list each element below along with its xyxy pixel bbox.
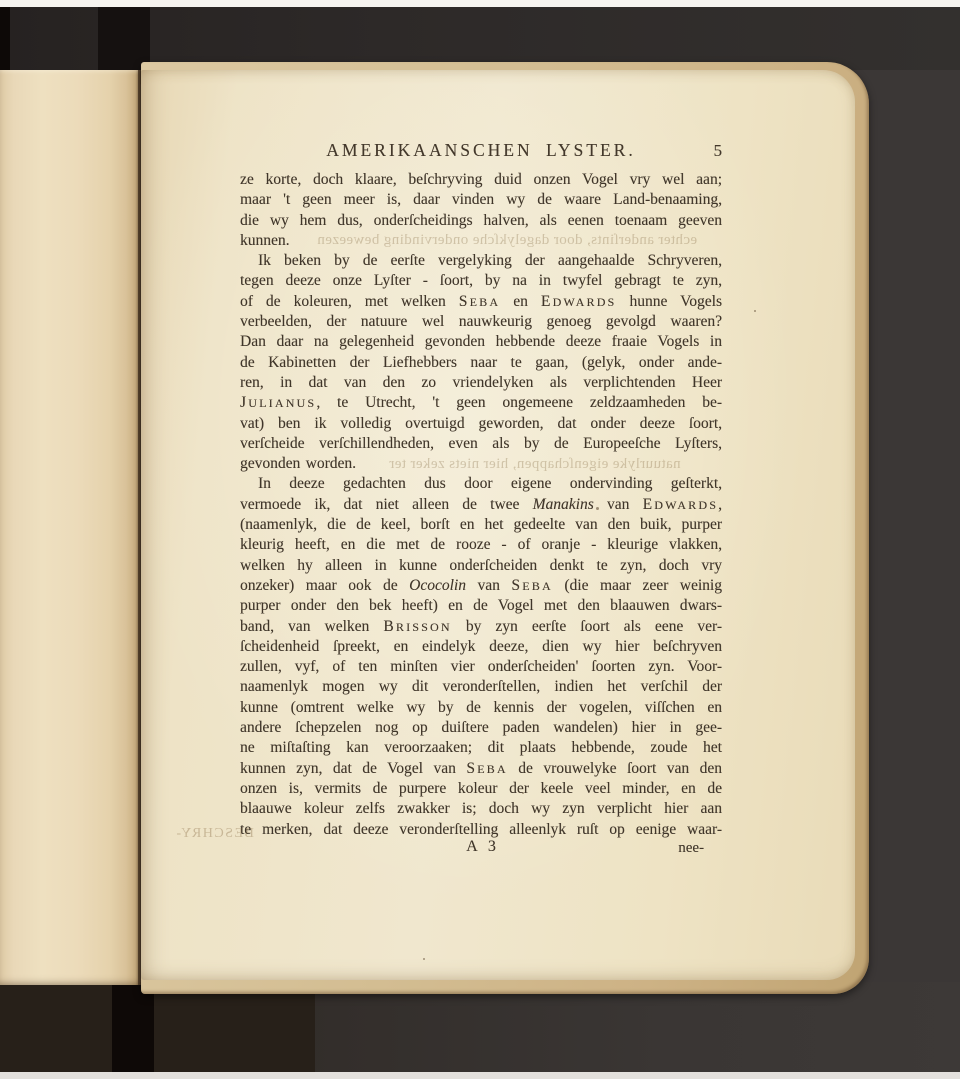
text-line: andere ſchepzelen nog op duiſtere paden … (240, 718, 722, 738)
small-caps-name: DWARDS (654, 498, 718, 512)
header-title: AMERIKAANSCHEN LYSTER. (326, 140, 635, 160)
text-line: vat) ben ik volledig overtuigd geworden,… (240, 414, 722, 434)
text-segment: In deeze gedachten dus door eigene onder… (258, 475, 722, 492)
text-line: ne miſtaſting kan veroorzaaken; dit plaa… (240, 738, 722, 758)
body-text: ze korte, doch klaare, beſchryving duid … (240, 170, 722, 840)
paragraph: ze korte, doch klaare, beſchryving duid … (240, 170, 722, 251)
scanner-light-strip-top (0, 0, 960, 7)
text-segment: welken hy alleen in kunne onderſcheiden … (240, 557, 722, 574)
page-footer: A 3 nee- (240, 838, 722, 860)
text-line: kunne (omtrent welke wy by de kennis der… (240, 698, 722, 718)
text-line: Ik beken by de eerſte vergelyking der aa… (240, 251, 722, 271)
text-line: purper onder den bek heeft) en de Vogel … (240, 596, 722, 616)
text-segment: andere ſchepzelen nog op duiſtere paden … (240, 719, 722, 736)
scanner-light-strip-bottom (0, 1072, 960, 1079)
text-line: die wy hem dus, onderſcheidings halven, … (240, 211, 722, 231)
ink-speck (754, 310, 756, 312)
small-caps-name: S (511, 577, 522, 594)
small-caps-name: RISSON (396, 620, 452, 634)
text-line: kunnen. (240, 231, 722, 251)
book-page: AMERIKAANSCHEN LYSTER. 5 ze korte, doch … (141, 70, 855, 980)
small-caps-name: E (541, 293, 553, 310)
text-segment: Ik beken by de eerſte vergelyking der aa… (258, 252, 722, 269)
small-caps-name: J (240, 394, 248, 411)
small-caps-name: S (459, 293, 470, 310)
text-segment: en (500, 293, 541, 310)
small-caps-name: EBA (470, 295, 501, 309)
text-line: zullen, vyf, of ten minſten vier onderſc… (240, 657, 722, 677)
text-segment: van (466, 577, 511, 594)
text-column: AMERIKAANSCHEN LYSTER. 5 ze korte, doch … (240, 70, 722, 860)
italic-term: Manakins (533, 496, 594, 513)
text-segment: ne miſtaſting kan veroorzaaken; dit plaa… (240, 739, 722, 756)
text-line: maar 't geen meer is, daar vinden wy de … (240, 190, 722, 210)
text-segment: naamenlyk mogen wy dit veronderſtellen, … (240, 678, 722, 695)
small-caps-name: EBA (477, 762, 508, 776)
text-line: Dan daar na gelegenheid gevonden hebbend… (240, 332, 722, 352)
italic-term: Ococolin (409, 577, 466, 594)
small-caps-name: B (383, 618, 396, 635)
signature-mark: A 3 (240, 838, 722, 856)
text-segment: verbeelden, der natuure wel nauwkeurig g… (240, 313, 722, 330)
text-line: onzeker) maar ook de Ococolin van SEBA (… (240, 576, 722, 596)
text-line: tegen deeze onze Lyſter - ſoort, by na i… (240, 271, 722, 291)
text-segment: van (594, 496, 643, 513)
running-header: AMERIKAANSCHEN LYSTER. 5 (240, 140, 722, 162)
text-segment: band, van welken (240, 618, 383, 635)
text-segment: blaauwe koleur zelfs zwakker is; doch wy… (240, 800, 722, 817)
text-line: ſcheidenheid ſpreekt, en eindelyk deeze,… (240, 637, 722, 657)
text-line: kunnen zyn, dat de Vogel van SEBA de vro… (240, 759, 722, 779)
text-line: welken hy alleen in kunne onderſcheiden … (240, 556, 722, 576)
text-segment: , te Utrecht, 't geen ongemeene zeldzaam… (316, 394, 722, 411)
ink-speck (596, 507, 599, 510)
text-line: blaauwe koleur zelfs zwakker is; doch wy… (240, 799, 722, 819)
ink-speck (423, 958, 425, 960)
text-line: of de koleuren, met welken SEBA en EDWAR… (240, 292, 722, 312)
text-line: verſcheide verſchillendheden, even als b… (240, 434, 722, 454)
text-segment: verſcheide verſchillendheden, even als b… (240, 435, 722, 452)
text-segment: de Kabinetten der Liefhebbers naar te ga… (240, 354, 722, 371)
text-line: band, van welken BRISSON by zyn eerſte ſ… (240, 617, 722, 637)
text-segment: zullen, vyf, of ten minſten vier onderſc… (240, 658, 722, 675)
text-segment: gevonden worden. (240, 455, 356, 472)
facing-page-edge (0, 70, 140, 985)
text-segment: Dan daar na gelegenheid gevonden hebbend… (240, 333, 722, 350)
paragraph: In deeze gedachten dus door eigene onder… (240, 474, 722, 839)
text-segment: (die maar zeer weinig (553, 577, 722, 594)
text-line: verbeelden, der natuure wel nauwkeurig g… (240, 312, 722, 332)
text-segment: purper onder den bek heeft) en de Vogel … (240, 597, 722, 614)
text-line: vermoede ik, dat niet alleen de twee Man… (240, 495, 722, 515)
small-caps-name: DWARDS (553, 295, 617, 309)
text-segment: ze korte, doch klaare, beſchryving duid … (240, 171, 722, 188)
text-segment: ſcheidenheid ſpreekt, en eindelyk deeze,… (240, 638, 722, 655)
text-segment: de vrouwelyke ſoort van den (508, 760, 722, 777)
text-line: gevonden worden. (240, 454, 722, 474)
small-caps-name: E (643, 496, 655, 513)
text-segment: kunnen zyn, dat de Vogel van (240, 760, 466, 777)
text-segment: ren, in dat van den zo vriendelyken als … (240, 374, 722, 391)
text-segment: maar 't geen meer is, daar vinden wy de … (240, 191, 722, 208)
text-line: naamenlyk mogen wy dit veronderſtellen, … (240, 677, 722, 697)
text-segment: kunnen. (240, 232, 290, 249)
small-caps-name: ULIANUS (248, 396, 316, 410)
text-line: ren, in dat van den zo vriendelyken als … (240, 373, 722, 393)
text-segment: kunne (omtrent welke wy by de kennis der… (240, 699, 722, 716)
text-line: onzen is, vermits de purpere koleur der … (240, 779, 722, 799)
small-caps-name: S (466, 760, 477, 777)
text-line: te merken, dat deeze veronderſtelling al… (240, 820, 722, 840)
text-segment: die wy hem dus, onderſcheidings halven, … (240, 212, 722, 229)
ink-speck (522, 792, 524, 794)
scanner-shadow-bottom-left (0, 982, 315, 1072)
text-segment: te merken, dat deeze veronderſtelling al… (240, 821, 722, 838)
text-segment: , (718, 496, 722, 513)
text-segment: onzeker) maar ook de (240, 577, 409, 594)
text-line: (naamenlyk, die de keel, borſt en het ge… (240, 515, 722, 535)
text-segment: vat) ben ik volledig overtuigd geworden,… (240, 415, 722, 432)
text-segment: by zyn eerſte ſoort als eene ver- (452, 618, 722, 635)
text-line: ze korte, doch klaare, beſchryving duid … (240, 170, 722, 190)
text-line: JULIANUS, te Utrecht, 't geen ongemeene … (240, 393, 722, 413)
scanned-book-page: AMERIKAANSCHEN LYSTER. 5 ze korte, doch … (0, 0, 960, 1079)
catchword: nee- (678, 840, 704, 857)
text-segment: tegen deeze onze Lyſter - ſoort, by na i… (240, 272, 722, 289)
text-line: kleurig heeft, en die met de rooze - of … (240, 535, 722, 555)
text-segment: vermoede ik, dat niet alleen de twee (240, 496, 533, 513)
text-segment: onzen is, vermits de purpere koleur der … (240, 780, 722, 797)
text-segment: hunne Vogels (616, 293, 722, 310)
text-line: de Kabinetten der Liefhebbers naar te ga… (240, 353, 722, 373)
text-segment: of de koleuren, met welken (240, 293, 459, 310)
paragraph: Ik beken by de eerſte vergelyking der aa… (240, 251, 722, 474)
small-caps-name: EBA (522, 579, 553, 593)
text-segment: (naamenlyk, die de keel, borſt en het ge… (240, 516, 722, 533)
text-segment: kleurig heeft, en die met de rooze - of … (240, 536, 722, 553)
page-number: 5 (714, 141, 723, 161)
text-line: In deeze gedachten dus door eigene onder… (240, 474, 722, 494)
book-gutter-shadow-bottom (112, 982, 154, 1072)
